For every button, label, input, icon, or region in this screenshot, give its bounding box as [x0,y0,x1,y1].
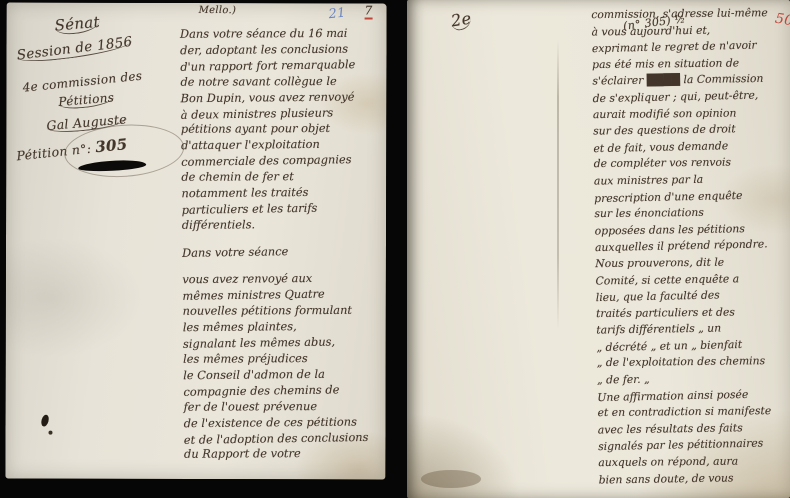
margin-commission-line1: 4e commission des [22,69,143,95]
manuscript-line: pétitions ayant pour objet [181,121,385,138]
manuscript-line: Bon Dupin, vous avez renvoyé [181,89,385,107]
stain [40,414,50,427]
stain [421,470,481,488]
margin-title: Sénat [54,13,101,35]
stain [48,431,52,435]
manuscript-line [182,260,386,272]
manuscript-line: commission, s'adresse lui-même [591,5,786,24]
margin-commission-line2: Pétitions [58,90,115,109]
manuscript-line: Dans votre séance du 16 mai [180,26,384,43]
manuscript-line: du Rapport de votre [184,446,387,463]
manuscript-line: auxquels on répond, aura [598,453,790,472]
manuscript-line: de l'existence de ces pétitions [184,414,387,432]
manuscript-line: pas été mis en situation de [592,55,787,74]
folio-number-blue: 21 [328,6,347,23]
page-number-label: 2e [450,9,473,31]
manuscript-scan: Sénat Session de 1856 4e commission des … [0,0,790,498]
manuscript-line: fer de l'ouest prévenue [184,398,387,415]
paper-crease [557,40,559,330]
right-text-column: commission, s'adresse lui-même à vous au… [591,4,790,488]
right-page: 2e (n° 305) ½ 50 commission, s'adresse l… [407,0,790,498]
manuscript-line: de chemin de fer et [181,169,385,186]
manuscript-line: les mêmes préjudices [183,351,387,368]
margin-title-text: Sénat [54,13,101,36]
manuscript-line: de compléter vos renvois [594,154,789,173]
page-heading: Mello.) [199,5,237,16]
manuscript-line: de notre savant collègue le [180,73,384,90]
manuscript-line: nouvelles pétitions formulant [183,303,387,320]
manuscript-line: sur les énonciations [594,204,789,223]
manuscript-line: et en contradiction si manifeste [598,403,790,422]
manuscript-line: compagnie des chemins de [183,381,386,400]
manuscript-line: Nous prouverons, dit le [595,254,790,273]
manuscript-line-quoted: „ de l'exploitation des chemins [597,353,790,372]
left-page: Sénat Session de 1856 4e commission des … [5,3,386,480]
margin-session: Session de 1856 [16,34,133,64]
manuscript-line: aurait modifié son opinion [593,104,788,123]
manuscript-line: bien sans doute, de vous [599,469,790,489]
manuscript-line: d'un rapport fort remarquable [180,56,384,75]
folio-number-dark: 7 [365,3,373,17]
left-text-column: Dans votre séance du 16 mai der, adoptan… [180,25,387,463]
manuscript-line: particuliers et les tarifs [182,200,386,219]
manuscript-line: différentiels. [182,217,386,234]
manuscript-line: traités particuliers et des [596,304,790,323]
